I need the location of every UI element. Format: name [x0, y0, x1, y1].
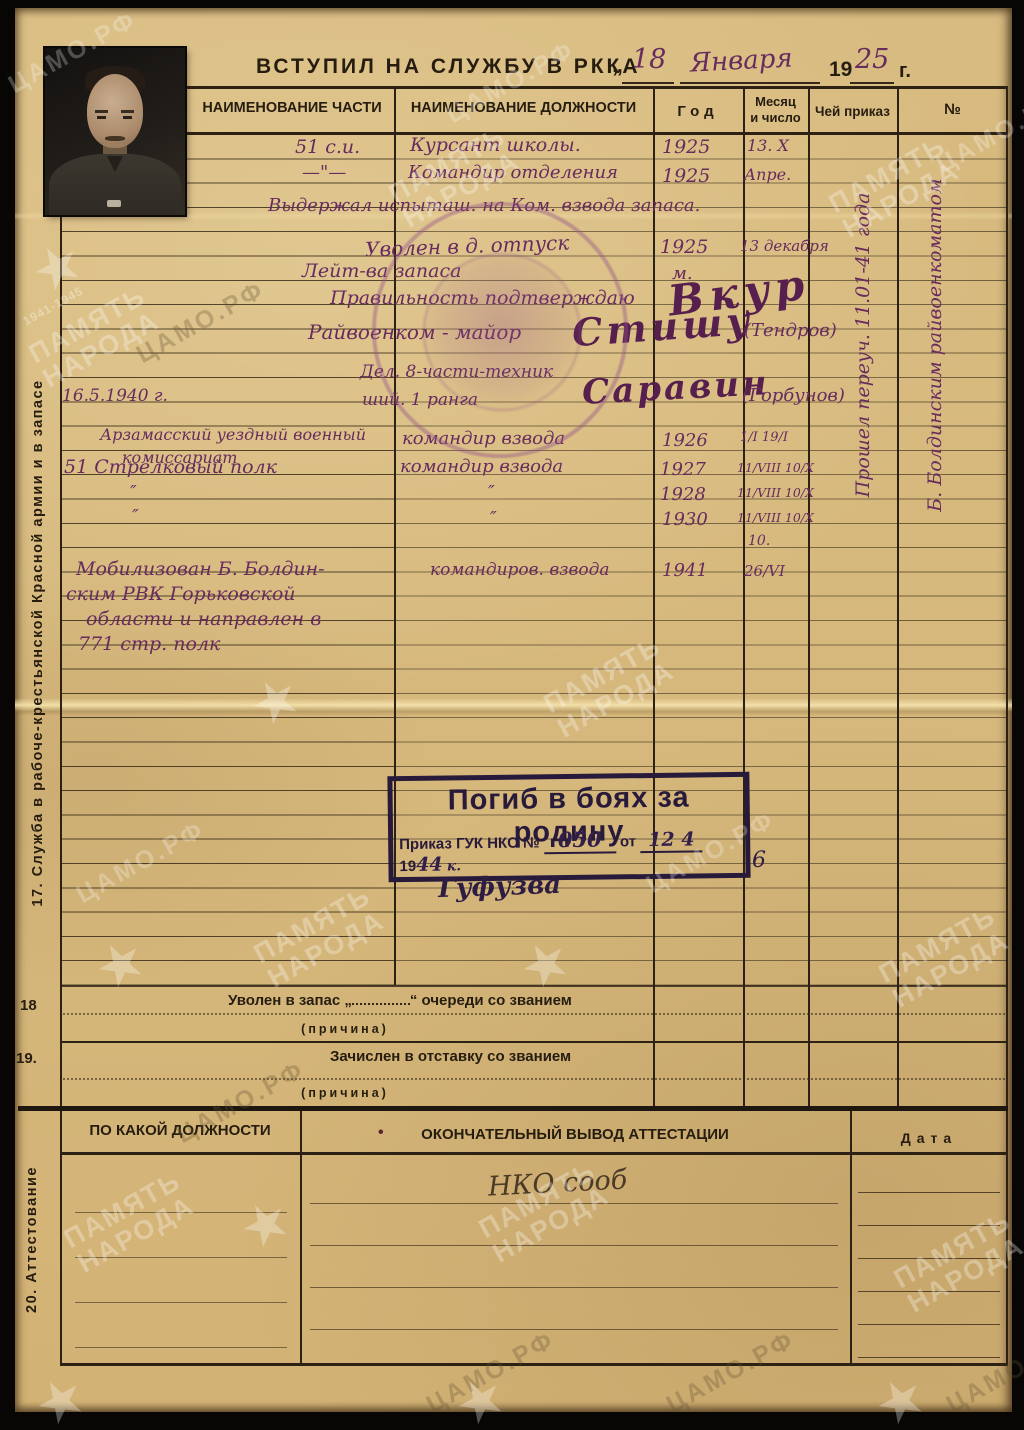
- death-stamp-year-written: 44: [416, 854, 443, 876]
- section19-reason: (причина): [280, 1086, 410, 1100]
- divider-order-number: [897, 86, 899, 1108]
- section18-reason: (причина): [280, 1022, 410, 1036]
- margin-section18-label: 18: [20, 997, 37, 1014]
- section18-text: Уволен в запас „“ очереди со званием: [228, 992, 572, 1009]
- death-stamp-tail: к.: [447, 858, 462, 874]
- col-header-month-line1: Месяц: [743, 94, 808, 109]
- death-stamp-line2: Приказ ГУК НКО № 050 от 12 4 1944 к.: [399, 825, 740, 876]
- round-seal-stamp: [372, 202, 628, 458]
- section18-text-pre: Уволен в запас „: [228, 992, 352, 1009]
- entry1-date: 13. X: [747, 136, 789, 155]
- photo-brow-right: [121, 110, 134, 113]
- entry2-part: —"—: [302, 162, 346, 183]
- attest-col-position: ПО КАКОЙ ДОЛЖНОСТИ: [60, 1122, 300, 1139]
- col-header-month-line2: и число: [743, 110, 808, 125]
- table-left-border: [60, 86, 62, 1365]
- margin-section20-label: 20. Аттестование: [24, 1147, 40, 1332]
- entry13-position: командиров. взвода: [430, 560, 610, 580]
- entry1-year: 1925: [662, 136, 710, 158]
- ruled-lines-attest-col3: [858, 1160, 1000, 1360]
- entry11-year: 1928: [660, 484, 706, 505]
- death-stamp-order-number: 050: [544, 826, 616, 854]
- entry13-date: 26/VI: [744, 562, 785, 580]
- entry9-part-line1: Арзамасский уездный военный: [100, 425, 366, 444]
- entry11-part: ″: [130, 482, 137, 503]
- round-seal-inner: [423, 253, 581, 411]
- entry4-year: 1925: [660, 236, 708, 258]
- title-day-handwritten: 18: [632, 44, 666, 75]
- entry12-year: 1930: [662, 509, 708, 530]
- photo-button: [107, 200, 121, 207]
- title-month-underline: [680, 82, 820, 84]
- section18-blank: [352, 1003, 410, 1005]
- entry11-date: 11/VIII 10/X: [737, 485, 814, 500]
- margin-section19-label: 19.: [16, 1050, 37, 1067]
- entry10-date: 11/VIII 10/X: [737, 460, 814, 475]
- title-year-underline: [850, 82, 894, 84]
- entry10-position: командир взвода: [400, 456, 563, 477]
- date-note-1940: 16.5.1940 г.: [62, 386, 168, 406]
- entry8-name: (Горбунов): [742, 385, 845, 406]
- death-stamp: Погиб в боях за родину Приказ ГУК НКО № …: [387, 772, 750, 882]
- attest-col-date: Дата: [850, 1130, 1008, 1146]
- entry2-date: Апре.: [744, 165, 791, 184]
- title-year-printed: 19: [829, 58, 852, 82]
- attest-col-conclusion: ОКОНЧАТЕЛЬНЫЙ ВЫВОД АТТЕСТАЦИИ: [330, 1126, 820, 1143]
- title-day-underline: [622, 82, 674, 84]
- attest-header-bottom: [60, 1152, 1008, 1155]
- title-year-suffix: г.: [899, 60, 911, 83]
- entry13-part-line3: области и направлен в: [86, 608, 321, 630]
- attest-table-top-band: [18, 1106, 1008, 1111]
- scanned-service-record: ВСТУПИЛ НА СЛУЖБУ В РККА „ 18 Января 19 …: [0, 0, 1024, 1430]
- margin-section17-label: 17. Служба в рабоче-крестьянской Красной…: [30, 274, 46, 1012]
- title-year-handwritten: 25: [855, 44, 889, 75]
- title-open-quote: „: [612, 52, 623, 78]
- death-stamp-signature: Гуфузва: [438, 870, 562, 904]
- col-header-part: НАИМЕНОВАНИЕ ЧАСТИ: [190, 100, 394, 116]
- order-column-vertical-note: Прошел переуч. 11.01-41 года: [852, 130, 874, 560]
- entry12-date: 11/VIII 10/X: [737, 510, 814, 525]
- section19-dotted-line: [60, 1078, 1008, 1080]
- section19-text: Зачислен в отставку со званием: [330, 1048, 571, 1065]
- divider-position-year: [653, 86, 655, 1108]
- entry11-position: ″: [488, 482, 495, 503]
- entry13-year: 1941: [662, 560, 708, 581]
- form-title: ВСТУПИЛ НА СЛУЖБУ В РККА: [256, 55, 641, 79]
- section18-dotted-line: [60, 1013, 1008, 1015]
- entry10-year: 1927: [660, 459, 706, 480]
- death-stamp-from-word: от: [620, 833, 636, 850]
- entry10-part: 51 Стрелковый полк: [64, 456, 277, 478]
- entry12-flourish: 10.: [748, 533, 770, 549]
- photo-eye-left: [97, 116, 106, 119]
- col-header-year: Год: [653, 103, 743, 120]
- entry2-year: 1925: [662, 165, 710, 187]
- death-stamp-side-mark: 6: [752, 848, 766, 873]
- entry13-part-line2: ским РВК Горьковской: [66, 583, 296, 605]
- number-column-vertical-note: Б. Болдинским райвоенкоматом: [924, 130, 946, 560]
- entry9-date: 1/I 19/I: [740, 430, 788, 445]
- entry9-year: 1926: [662, 430, 708, 451]
- entry13-part-line1: Мобилизован Б. Болдин-: [76, 558, 325, 580]
- entry13-part-line4: 771 стр. полк: [78, 633, 220, 655]
- photo-mustache: [105, 136, 125, 141]
- death-stamp-year-printed: 19: [399, 858, 416, 875]
- col-header-number: №: [897, 101, 1008, 118]
- attest-divider-2: [850, 1111, 852, 1365]
- entry4-date: 13 декабря: [740, 237, 829, 255]
- col-header-position: НАИМЕНОВАНИЕ ДОЛЖНОСТИ: [394, 100, 653, 116]
- portrait-photo: [45, 48, 185, 215]
- photo-brow-left: [95, 110, 108, 113]
- death-stamp-date: 12 4: [640, 828, 703, 853]
- photo-eye-right: [123, 116, 132, 119]
- entry1-position: Курсант школы.: [410, 134, 581, 156]
- col-header-order: Чей приказ: [808, 104, 897, 119]
- entry12-position: ″: [490, 508, 497, 529]
- title-month-handwritten: Января: [689, 43, 793, 78]
- ruled-lines-attest-col1: [75, 1168, 287, 1360]
- attest-divider-1: [300, 1111, 302, 1365]
- section18-text-post: “ очереди со званием: [410, 992, 572, 1009]
- entry7-name: (Тендров): [744, 320, 837, 341]
- death-stamp-order-prefix: Приказ ГУК НКО №: [399, 834, 540, 853]
- attest-table-bottom: [60, 1363, 1008, 1366]
- section17-bottom-line: [60, 985, 1008, 987]
- table-right-border: [1006, 86, 1008, 1365]
- entry2-position: Командир отделения: [408, 162, 618, 183]
- table-top-border: [60, 86, 1008, 89]
- ruled-lines-col-number: [897, 135, 1008, 986]
- section18-19-divider: [60, 1041, 1008, 1043]
- entry12-part: ″: [132, 506, 139, 527]
- entry1-part: 51 с.и.: [295, 136, 360, 158]
